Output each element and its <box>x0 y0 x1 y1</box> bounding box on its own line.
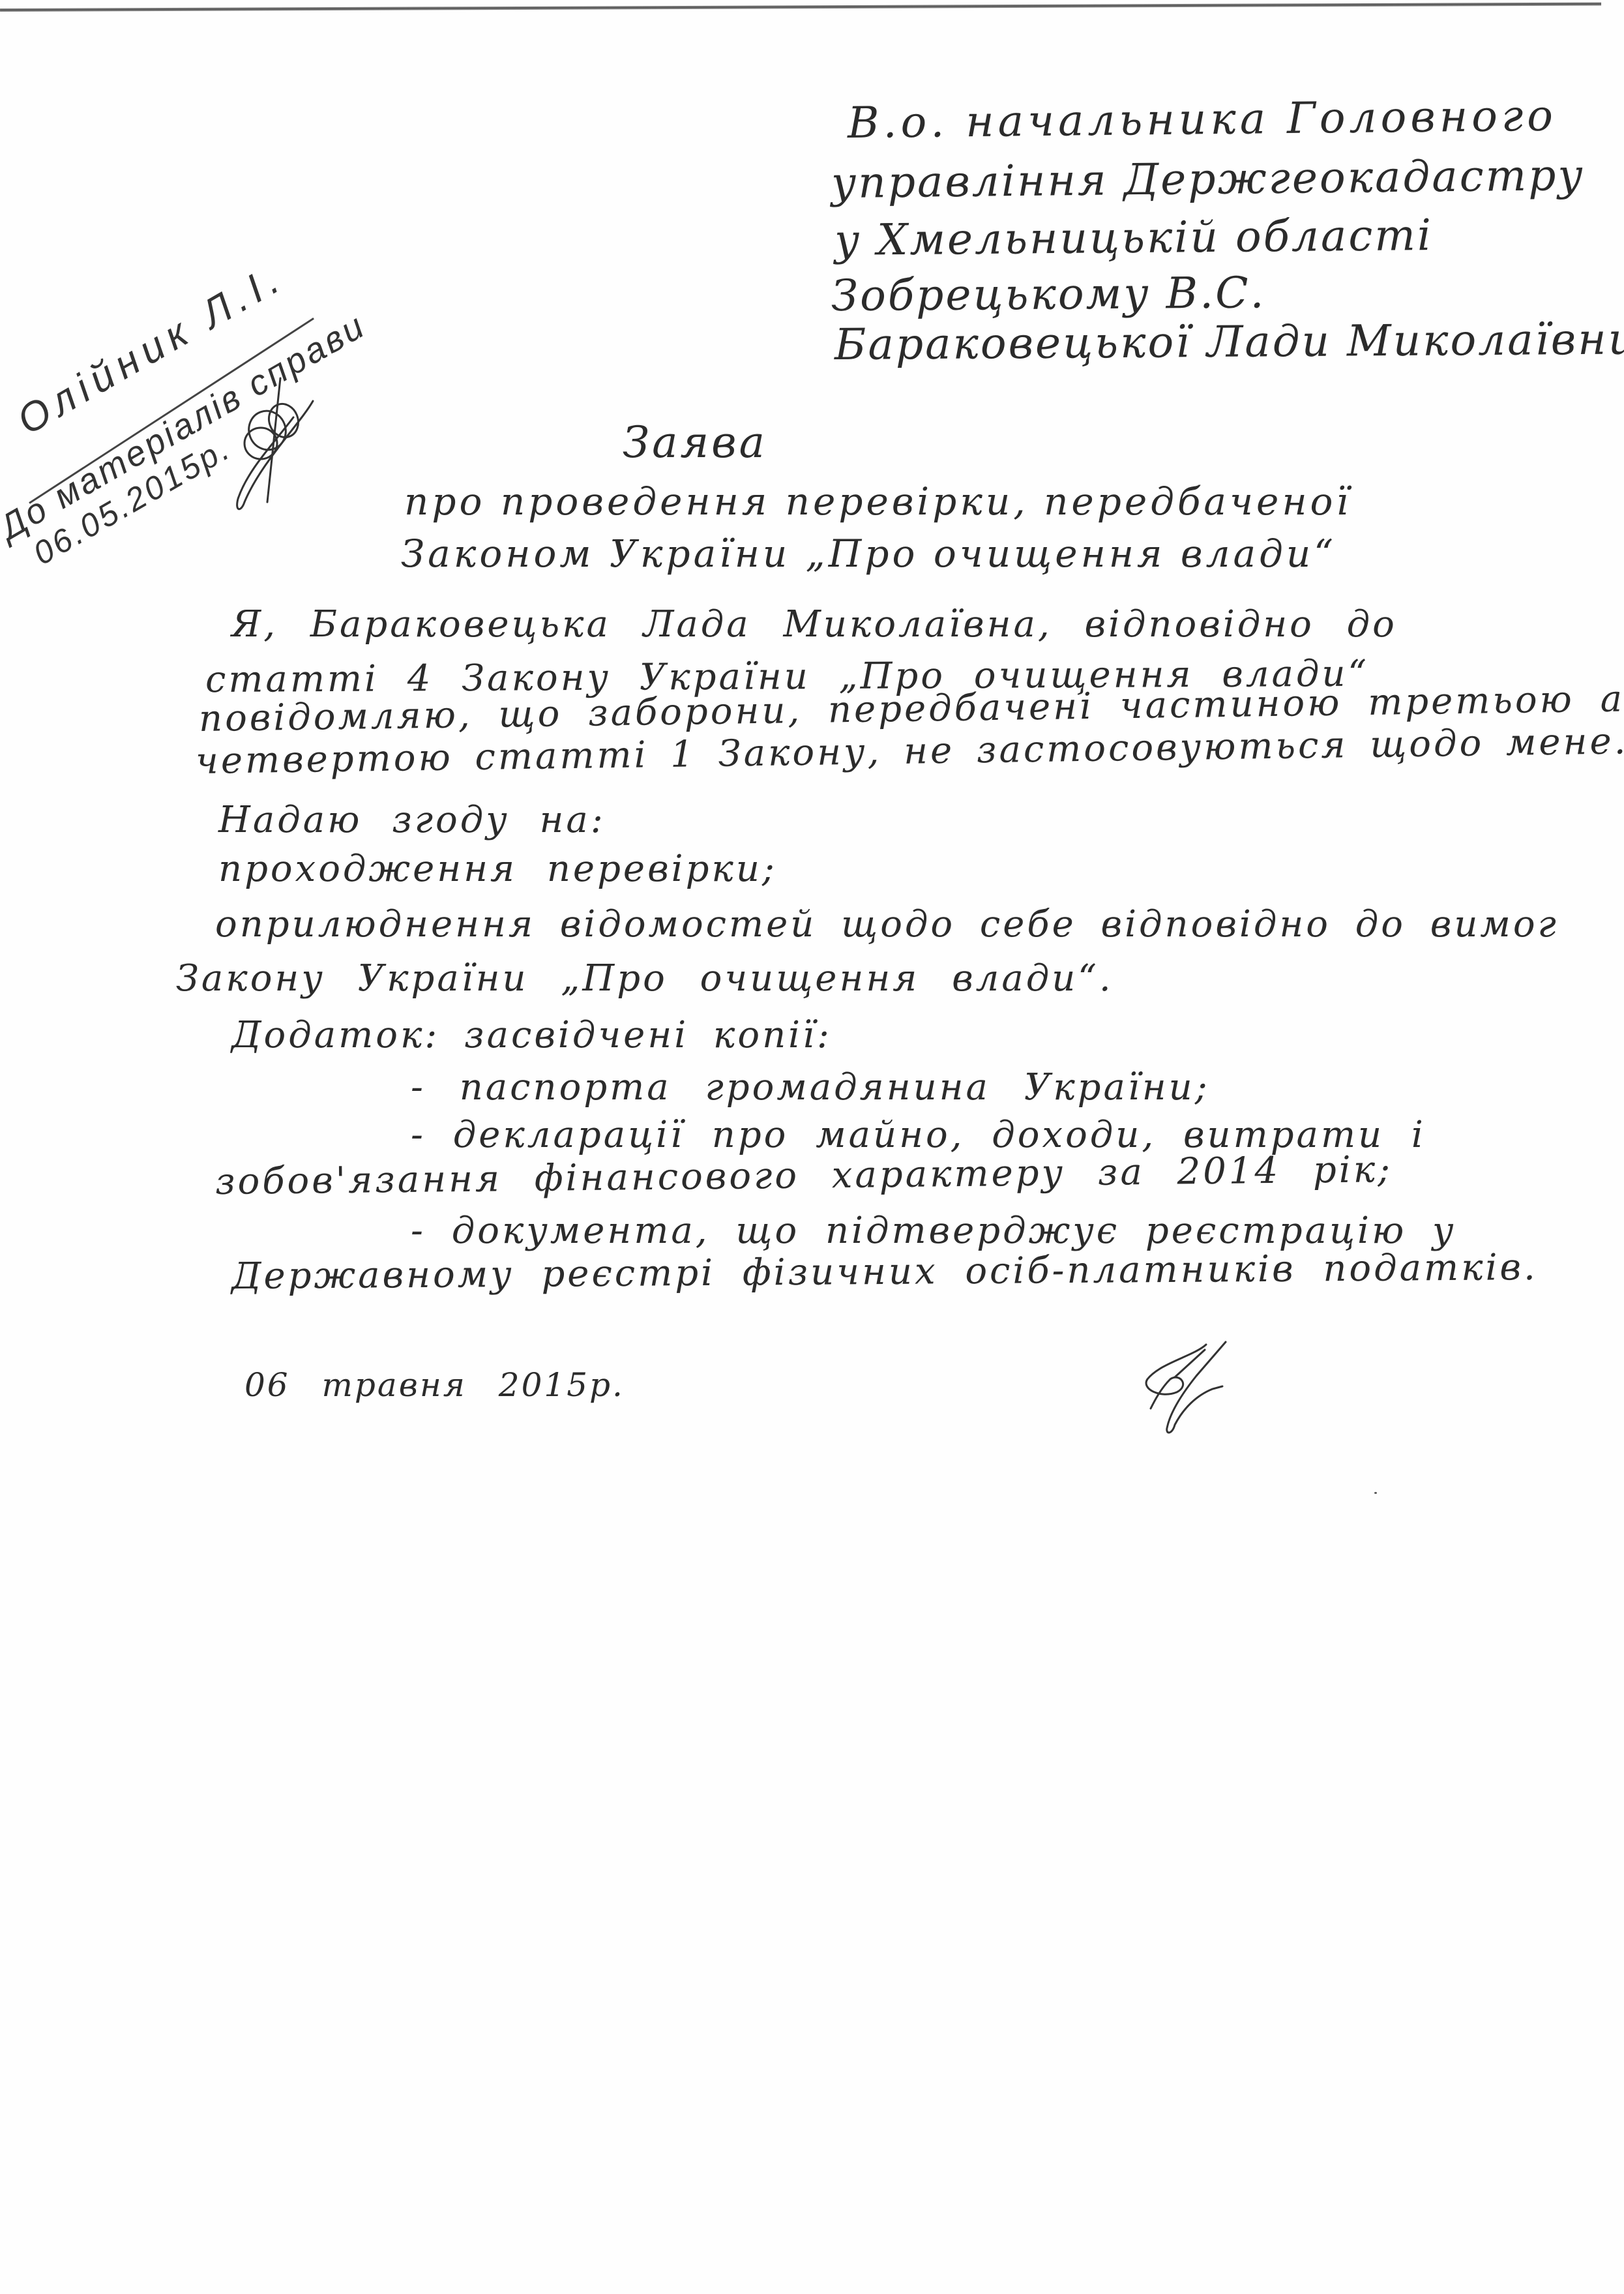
document-subtitle-line-1: про проведення перевірки, передбаченої <box>404 479 1351 524</box>
resolution-signature-icon <box>222 372 319 515</box>
document-subtitle-line-2: Законом України „Про очищення влади“ <box>401 531 1336 576</box>
addressee-line-department: управління Держгеокадастру <box>831 150 1585 208</box>
addressee-line-region: у Хмельницькій області <box>834 210 1434 265</box>
attachments-heading: Додаток: засвідчені копії: <box>231 1014 832 1056</box>
attachment-item: Державному реєстрі фізичних осіб-платник… <box>231 1246 1538 1298</box>
scanned-document-page: В.о. начальника Головного управління Дер… <box>0 0 1624 2294</box>
document-title: Заява <box>623 417 767 468</box>
attachment-item: - паспорта громадянина України; <box>411 1066 1210 1109</box>
addressee-line-position: В.о. начальника Головного <box>848 91 1558 148</box>
scan-dust-speck <box>1374 1492 1377 1494</box>
consent-item: Закону України „Про очищення влади“. <box>176 957 1114 1000</box>
attachment-item: зобов'язання фінансового характеру за 20… <box>215 1148 1393 1203</box>
statement-line: Я, Бараковецька Лада Миколаївна, відпові… <box>231 603 1397 646</box>
consent-item: проходження перевірки; <box>218 848 777 890</box>
consent-item: оприлюднення відомостей щодо себе відпов… <box>215 903 1559 946</box>
applicant-signature-icon <box>1134 1337 1252 1441</box>
document-date: 06 травня 2015р. <box>244 1366 625 1404</box>
consent-heading: Надаю згоду на: <box>218 799 606 841</box>
addressee-line-sender: Бараковецької Лади Миколаївни <box>834 314 1624 370</box>
scan-edge-line <box>0 3 1601 12</box>
addressee-line-recipient: Зобрецькому В.С. <box>831 267 1266 321</box>
attachment-item: - документа, що підтверджує реєстрацію у <box>411 1210 1456 1252</box>
resolution-annotation: Олійник Л.І. До матеріалів справи 06.05.… <box>0 261 365 626</box>
